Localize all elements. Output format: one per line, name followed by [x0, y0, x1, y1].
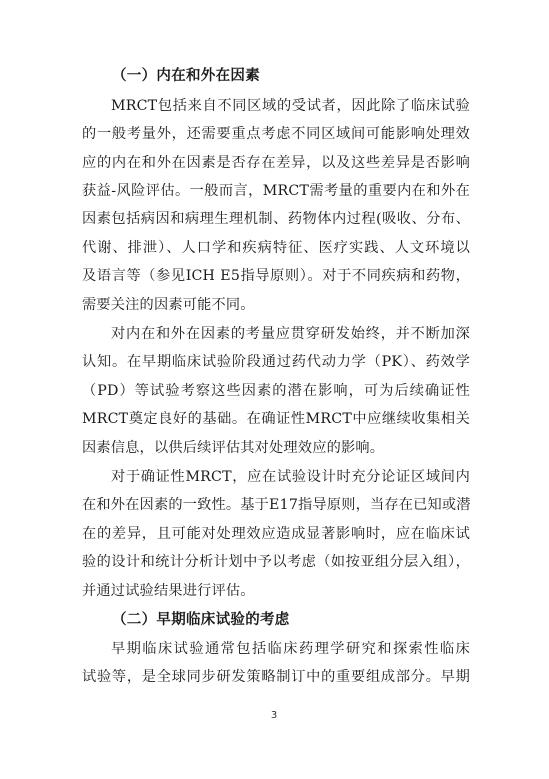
paragraph-line: 因素包括病因和病理生理机制、药物体内过程(吸收、分布、 [82, 208, 470, 230]
paragraph-line: 应的内在和外在因素是否存在差异，以及这些差异是否影响 [82, 152, 470, 174]
paragraph-line: 及语言等（参见ICH E5指导原则）。对于不同疾病和药物， [82, 265, 470, 287]
paragraph-line: 获益-风险评估。一般而言，MRCT需考量的重要内在和外在 [82, 180, 470, 202]
page-number: 3 [268, 710, 280, 721]
paragraph-line: 需要关注的因素可能不同。 [82, 294, 470, 316]
paragraph-line: 因素信息，以供后续评估其对处理效应的影响。 [82, 437, 470, 459]
paragraph-line: 在和外在因素的一致性。基于E17指导原则，当存在已知或潜 [82, 494, 470, 516]
document-page: （一）内在和外在因素 MRCT包括来自不同区域的受试者，因此除了临床试验 的一般… [0, 0, 549, 779]
paragraph-line: 对内在和外在因素的考量应贯穿研发始终，并不断加深 [111, 323, 470, 345]
paragraph-line: （PD）等试验考察这些因素的潜在影响，可为后续确证性 [82, 380, 470, 402]
paragraph-line: 认知。在早期临床试验阶段通过药代动力学（PK）、药效学 [82, 351, 470, 373]
paragraph-line: 早期临床试验通常包括临床药理学研究和探索性临床 [111, 638, 470, 660]
paragraph-line: 的一般考量外，还需要重点考虑不同区域间可能影响处理效 [82, 123, 470, 145]
paragraph-line: 对于确证性MRCT，应在试验设计时充分论证区域间内 [111, 466, 470, 488]
paragraph-line: 代谢、排泄）、人口学和疾病特征、医疗实践、人文环境以 [82, 237, 470, 259]
section-heading-intrinsic-extrinsic-factors: （一）内在和外在因素 [112, 65, 260, 87]
paragraph-line: 在的差异，且可能对处理效应造成显著影响时，应在临床试 [82, 523, 470, 545]
section-heading-early-clinical-trials: （二）早期临床试验的考虑 [112, 609, 290, 631]
paragraph-line: MRCT包括来自不同区域的受试者，因此除了临床试验 [111, 95, 470, 117]
paragraph-line: 验的设计和统计分析计划中予以考虑（如按亚组分层入组）， [82, 551, 470, 573]
paragraph-line: MRCT奠定良好的基础。在确证性MRCT中应继续收集相关 [82, 408, 470, 430]
paragraph-line: 试验等，是全球同步研发策略制订中的重要组成部分。早期 [82, 666, 470, 688]
paragraph-line: 并通过试验结果进行评估。 [82, 580, 470, 602]
